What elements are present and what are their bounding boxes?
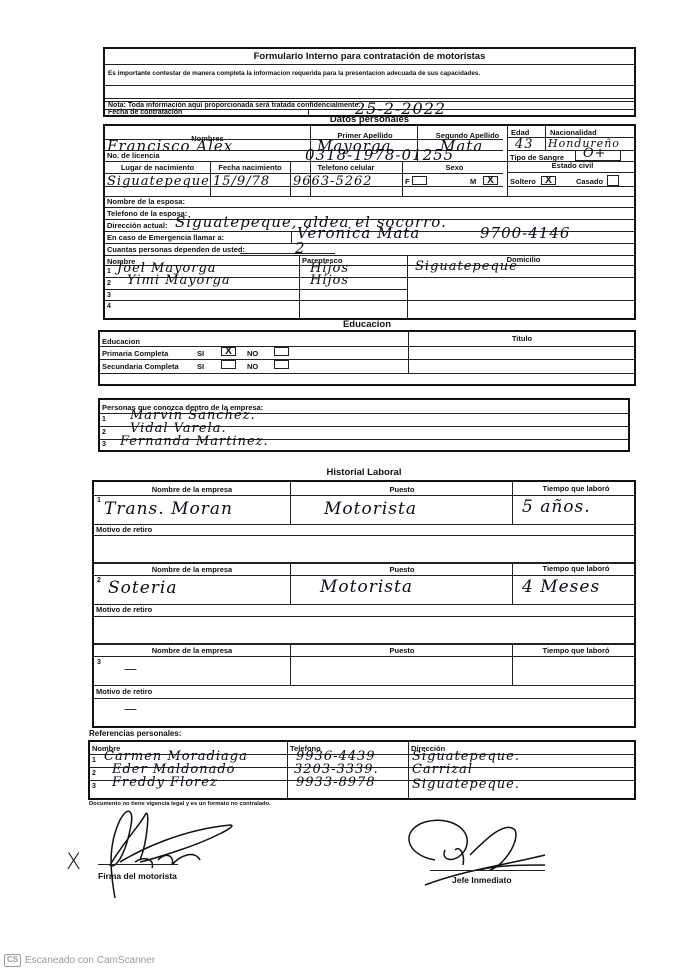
reference-3-nombre[interactable]: Freddy Florez [112, 775, 218, 790]
emergencia-nombre-value[interactable]: Veronica Mata [297, 224, 420, 242]
emergencia-label: En caso de Emergencia llamar a: [107, 233, 224, 242]
form-note: Nota: Toda información aquí proporcionad… [108, 102, 360, 109]
reference-2-direccion[interactable]: Carrizal [412, 762, 473, 777]
edad-label: Edad [511, 128, 529, 137]
tiempo-header-3: Tiempo que laboró [514, 646, 638, 655]
dependent-2-nombre[interactable]: Yimi Mayorga [127, 273, 231, 288]
form-instructions: Es importante contestar de manera comple… [108, 70, 480, 77]
emergencia-telefono-value[interactable]: 9700-4146 [480, 224, 570, 242]
secundaria-no-checkbox[interactable] [274, 360, 289, 369]
reference-3-number: 3 [92, 783, 96, 790]
reference-1-number: 1 [92, 757, 96, 764]
reference-3-direccion[interactable]: Siguatepeque. [412, 777, 520, 792]
sexo-f-checkbox[interactable] [412, 176, 427, 185]
primaria-no-checkbox[interactable] [274, 347, 289, 356]
work-entry-3-motivo[interactable]: — [124, 702, 138, 717]
work-entry-1-empresa[interactable]: Trans. Moran [104, 499, 233, 519]
lugar-nacimiento-label: Lugar de nacimiento [105, 163, 210, 172]
work-entry-2-puesto[interactable]: Motorista [320, 577, 413, 597]
licencia-label: No. de licencia [107, 151, 160, 160]
dependent-2-parentesco[interactable]: Hijos [310, 273, 349, 288]
camscanner-watermark: CS Escaneado con CamScanner [4, 954, 155, 967]
casado-checkbox[interactable] [607, 175, 619, 186]
secundaria-si-label: SI [197, 362, 204, 371]
section-work-history-title: Historial Laboral [92, 467, 636, 478]
work-entry-1-number: 1 [97, 497, 101, 504]
section-education-title: Educacion [98, 319, 636, 330]
nacionalidad-label: Nacionalidad [550, 128, 597, 137]
secundaria-si-checkbox[interactable] [221, 360, 236, 369]
camscanner-logo-icon: CS [4, 954, 21, 967]
work-entry-2-tiempo[interactable]: 4 Meses [522, 577, 600, 597]
driver-signature-label: Firma del motorista [98, 871, 177, 881]
tipo-sangre-value[interactable]: O+ [583, 146, 607, 161]
form-header: Formulario Interno para contratación de … [103, 47, 636, 117]
soltero-label: Soltero [510, 177, 536, 186]
empresa-header-1: Nombre de la empresa [94, 485, 290, 494]
primaria-label: Primaria Completa [102, 349, 168, 358]
dependientes-label: Cuantas personas dependen de usted: [107, 245, 245, 254]
puesto-header-3: Puesto [290, 646, 514, 655]
dependent-4-number: 4 [107, 303, 111, 310]
fecha-nacimiento-label: Fecha nacimiento [210, 163, 290, 172]
motivo-header-3: Motivo de retiro [96, 687, 152, 696]
primaria-no-label: NO [247, 349, 258, 358]
primaria-si-checkbox[interactable]: X [221, 347, 236, 356]
known-person-2-number: 2 [102, 429, 106, 436]
nombre-esposa-label: Nombre de la esposa: [107, 197, 185, 206]
telefono-celular-label: Telefono celular [290, 163, 402, 172]
education-table: Educacion Titulo Primaria Completa SI X … [98, 330, 636, 386]
casado-label: Casado [576, 177, 603, 186]
work-entry-3-empresa[interactable]: — [124, 662, 138, 677]
driver-signature-line [98, 864, 178, 865]
known-people-table: Personas que conozca dentro de la empres… [98, 398, 630, 452]
reference-3-telefono[interactable]: 9933-8978 [296, 775, 376, 790]
puesto-header-1: Puesto [290, 485, 514, 494]
tiempo-header-2: Tiempo que laboró [514, 564, 638, 573]
boss-signature-line [430, 870, 545, 871]
primaria-si-label: SI [197, 349, 204, 358]
work-entry-2-number: 2 [97, 577, 101, 584]
references-table: Nombre Telefono Dirección 1 Carmen Morad… [88, 740, 636, 800]
dependent-2-number: 2 [107, 280, 111, 287]
secundaria-label: Secundaria Completa [102, 362, 179, 371]
form-title: Formulario Interno para contratación de … [105, 51, 634, 62]
direccion-actual-label: Dirección actual: [107, 221, 167, 230]
known-person-1-number: 1 [102, 416, 106, 423]
soltero-checkbox[interactable]: X [541, 176, 556, 185]
work-entry-1-tiempo[interactable]: 5 años. [522, 497, 591, 517]
motivo-header-1: Motivo de retiro [96, 525, 152, 534]
motivo-header-2: Motivo de retiro [96, 605, 152, 614]
references-label: Referencias personales: [89, 729, 182, 738]
personal-data-table: Nombres Primer Apellido Segundo Apellido… [103, 124, 636, 320]
known-person-3-name[interactable]: Fernanda Martinez. [120, 434, 269, 449]
known-person-3-number: 3 [102, 441, 106, 448]
driver-signature[interactable] [80, 800, 250, 900]
boss-signature-label: Jefe Inmediato [452, 875, 512, 885]
sexo-m-label: M [470, 177, 476, 186]
work-entry-2-empresa[interactable]: Soteria [108, 578, 177, 598]
sexo-f-label: F [405, 177, 410, 186]
dependent-1-domicilio[interactable]: Siguatepeque [415, 259, 518, 274]
dependent-3-number: 3 [107, 292, 111, 299]
reference-2-number: 2 [92, 770, 96, 777]
estado-civil-label: Estado civil [507, 161, 638, 170]
dependent-1-number: 1 [107, 268, 111, 275]
work-entry-3-number: 3 [97, 659, 101, 666]
work-history-table: Nombre de la empresa Puesto Tiempo que l… [92, 480, 636, 728]
empresa-header-2: Nombre de la empresa [94, 565, 290, 574]
tiempo-header-1: Tiempo que laboró [514, 484, 638, 493]
puesto-header-2: Puesto [290, 565, 514, 574]
education-header: Educacion [102, 337, 140, 346]
work-entry-1-puesto[interactable]: Motorista [324, 499, 417, 519]
sexo-m-checkbox[interactable]: X [483, 176, 498, 185]
titulo-header: Titulo [410, 334, 634, 343]
sexo-label: Sexo [402, 163, 507, 172]
camscanner-text: Escaneado con CamScanner [25, 955, 155, 966]
secundaria-no-label: NO [247, 362, 258, 371]
empresa-header-3: Nombre de la empresa [94, 646, 290, 655]
